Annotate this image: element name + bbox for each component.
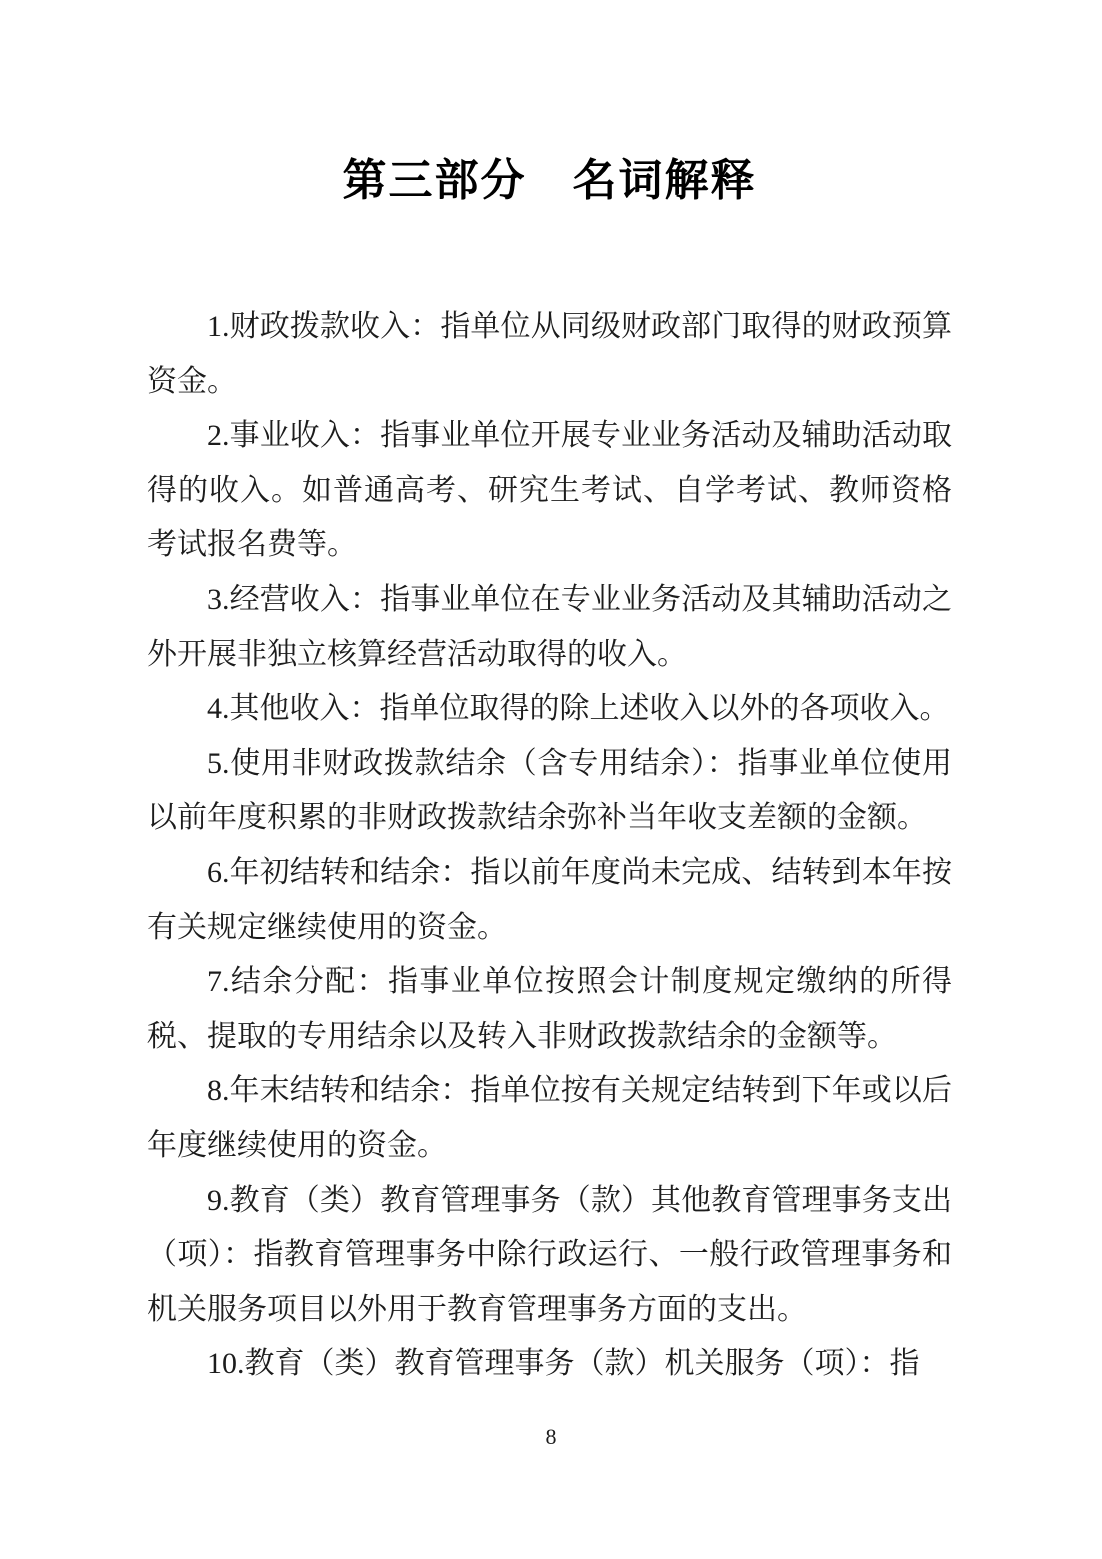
- definition-paragraph-8: 8.年末结转和结余：指单位按有关规定结转到下年或以后年度继续使用的资金。: [147, 1064, 952, 1173]
- section-title: 第三部分 名词解释: [147, 152, 952, 210]
- definition-paragraph-4: 4.其他收入：指单位取得的除上述收入以外的各项收入。: [147, 682, 952, 737]
- page-number: 8: [0, 1425, 1102, 1449]
- definition-paragraph-5: 5.使用非财政拨款结余（含专用结余）：指事业单位使用以前年度积累的非财政拨款结余…: [147, 737, 952, 846]
- definition-paragraph-6: 6.年初结转和结余：指以前年度尚未完成、结转到本年按有关规定继续使用的资金。: [147, 846, 952, 955]
- document-page: 第三部分 名词解释 1.财政拨款收入：指单位从同级财政部门取得的财政预算资金。 …: [0, 0, 1102, 1559]
- definition-paragraph-3: 3.经营收入：指事业单位在专业业务活动及其辅助活动之外开展非独立核算经营活动取得…: [147, 573, 952, 682]
- definition-paragraph-10: 10.教育（类）教育管理事务（款）机关服务（项）：指: [147, 1337, 952, 1392]
- document-body: 1.财政拨款收入：指单位从同级财政部门取得的财政预算资金。 2.事业收入：指事业…: [147, 300, 952, 1392]
- definition-paragraph-7: 7.结余分配：指事业单位按照会计制度规定缴纳的所得税、提取的专用结余以及转入非财…: [147, 955, 952, 1064]
- definition-paragraph-9: 9.教育（类）教育管理事务（款）其他教育管理事务支出（项）：指教育管理事务中除行…: [147, 1174, 952, 1338]
- definition-paragraph-1: 1.财政拨款收入：指单位从同级财政部门取得的财政预算资金。: [147, 300, 952, 409]
- definition-paragraph-2: 2.事业收入：指事业单位开展专业业务活动及辅助活动取得的收入。如普通高考、研究生…: [147, 409, 952, 573]
